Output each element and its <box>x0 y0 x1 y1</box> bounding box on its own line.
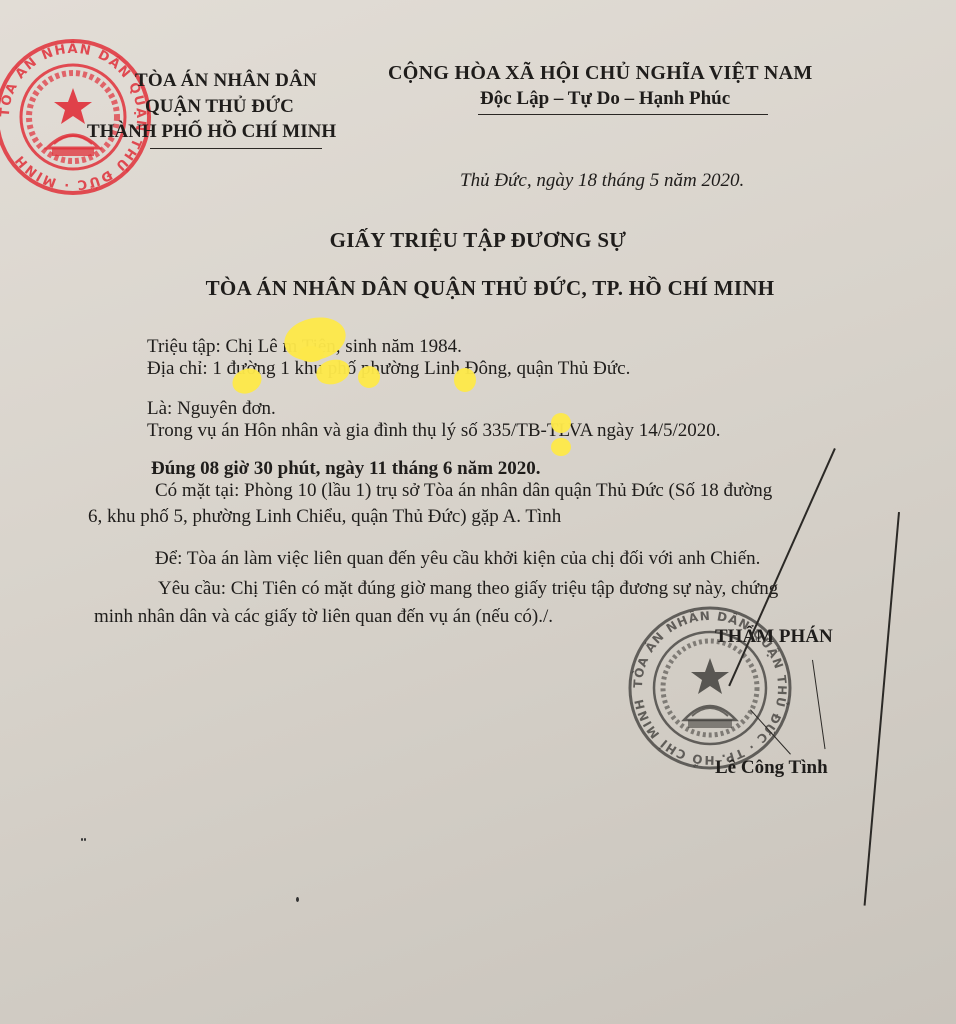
request-line-2: minh nhân dân và các giấy tờ liên quan đ… <box>94 606 553 628</box>
paper-speck <box>81 838 83 841</box>
place-line-1: Có mặt tại: Phòng 10 (lầu 1) trụ sở Tòa … <box>155 480 772 502</box>
document-subtitle: TÒA ÁN NHÂN DÂN QUẬN THỦ ĐỨC, TP. HỒ CHÍ… <box>0 276 956 301</box>
signature-stroke <box>812 660 826 749</box>
court-name-underline <box>150 148 322 149</box>
judge-name: Lê Công Tình <box>715 757 828 779</box>
case-line: Trong vụ án Hôn nhân và gia đình thụ lý … <box>147 420 721 442</box>
court-seal-red-stamp: TÒA ÁN NHÂN DÂN QUẬN THỦ ĐỨC · MINH <box>0 36 154 198</box>
purpose-line: Để: Tòa án làm việc liên quan đến yêu cầ… <box>155 548 760 570</box>
paper-speck <box>84 838 86 841</box>
redaction-mark <box>551 413 571 433</box>
court-name-line1: TÒA ÁN NHÂN DÂN <box>135 70 317 92</box>
appointment-time: Đúng 08 giờ 30 phút, ngày 11 tháng 6 năm… <box>151 458 541 480</box>
motto-underline <box>478 114 768 115</box>
redaction-mark <box>551 438 571 456</box>
address-line: Địa chỉ: 1 đường 1 khu phố phường Linh Đ… <box>147 358 630 380</box>
court-name-line3: THÀNH PHỐ HỒ CHÍ MINH <box>87 121 336 143</box>
signature-stroke <box>864 512 900 906</box>
redaction-mark <box>454 368 476 392</box>
national-title: CỘNG HÒA XÃ HỘI CHỦ NGHĨA VIỆT NAM <box>388 62 813 85</box>
document-title: GIẤY TRIỆU TẬP ĐƯƠNG SỰ <box>0 228 956 253</box>
place-line-2: 6, khu phố 5, phường Linh Chiểu, quận Th… <box>88 506 561 528</box>
judge-title: THẨM PHÁN <box>715 626 833 648</box>
paper-speck <box>296 897 299 902</box>
redaction-mark <box>298 346 324 362</box>
redaction-mark <box>358 366 380 388</box>
request-line-1: Yêu cầu: Chị Tiên có mặt đúng giờ mang t… <box>158 578 778 600</box>
national-motto: Độc Lập – Tự Do – Hạnh Phúc <box>480 88 730 110</box>
role-line: Là: Nguyên đơn. <box>147 398 276 420</box>
document-date: Thủ Đức, ngày 18 tháng 5 năm 2020. <box>460 170 744 192</box>
court-name-line2: QUẬN THỦ ĐỨC <box>145 96 294 118</box>
